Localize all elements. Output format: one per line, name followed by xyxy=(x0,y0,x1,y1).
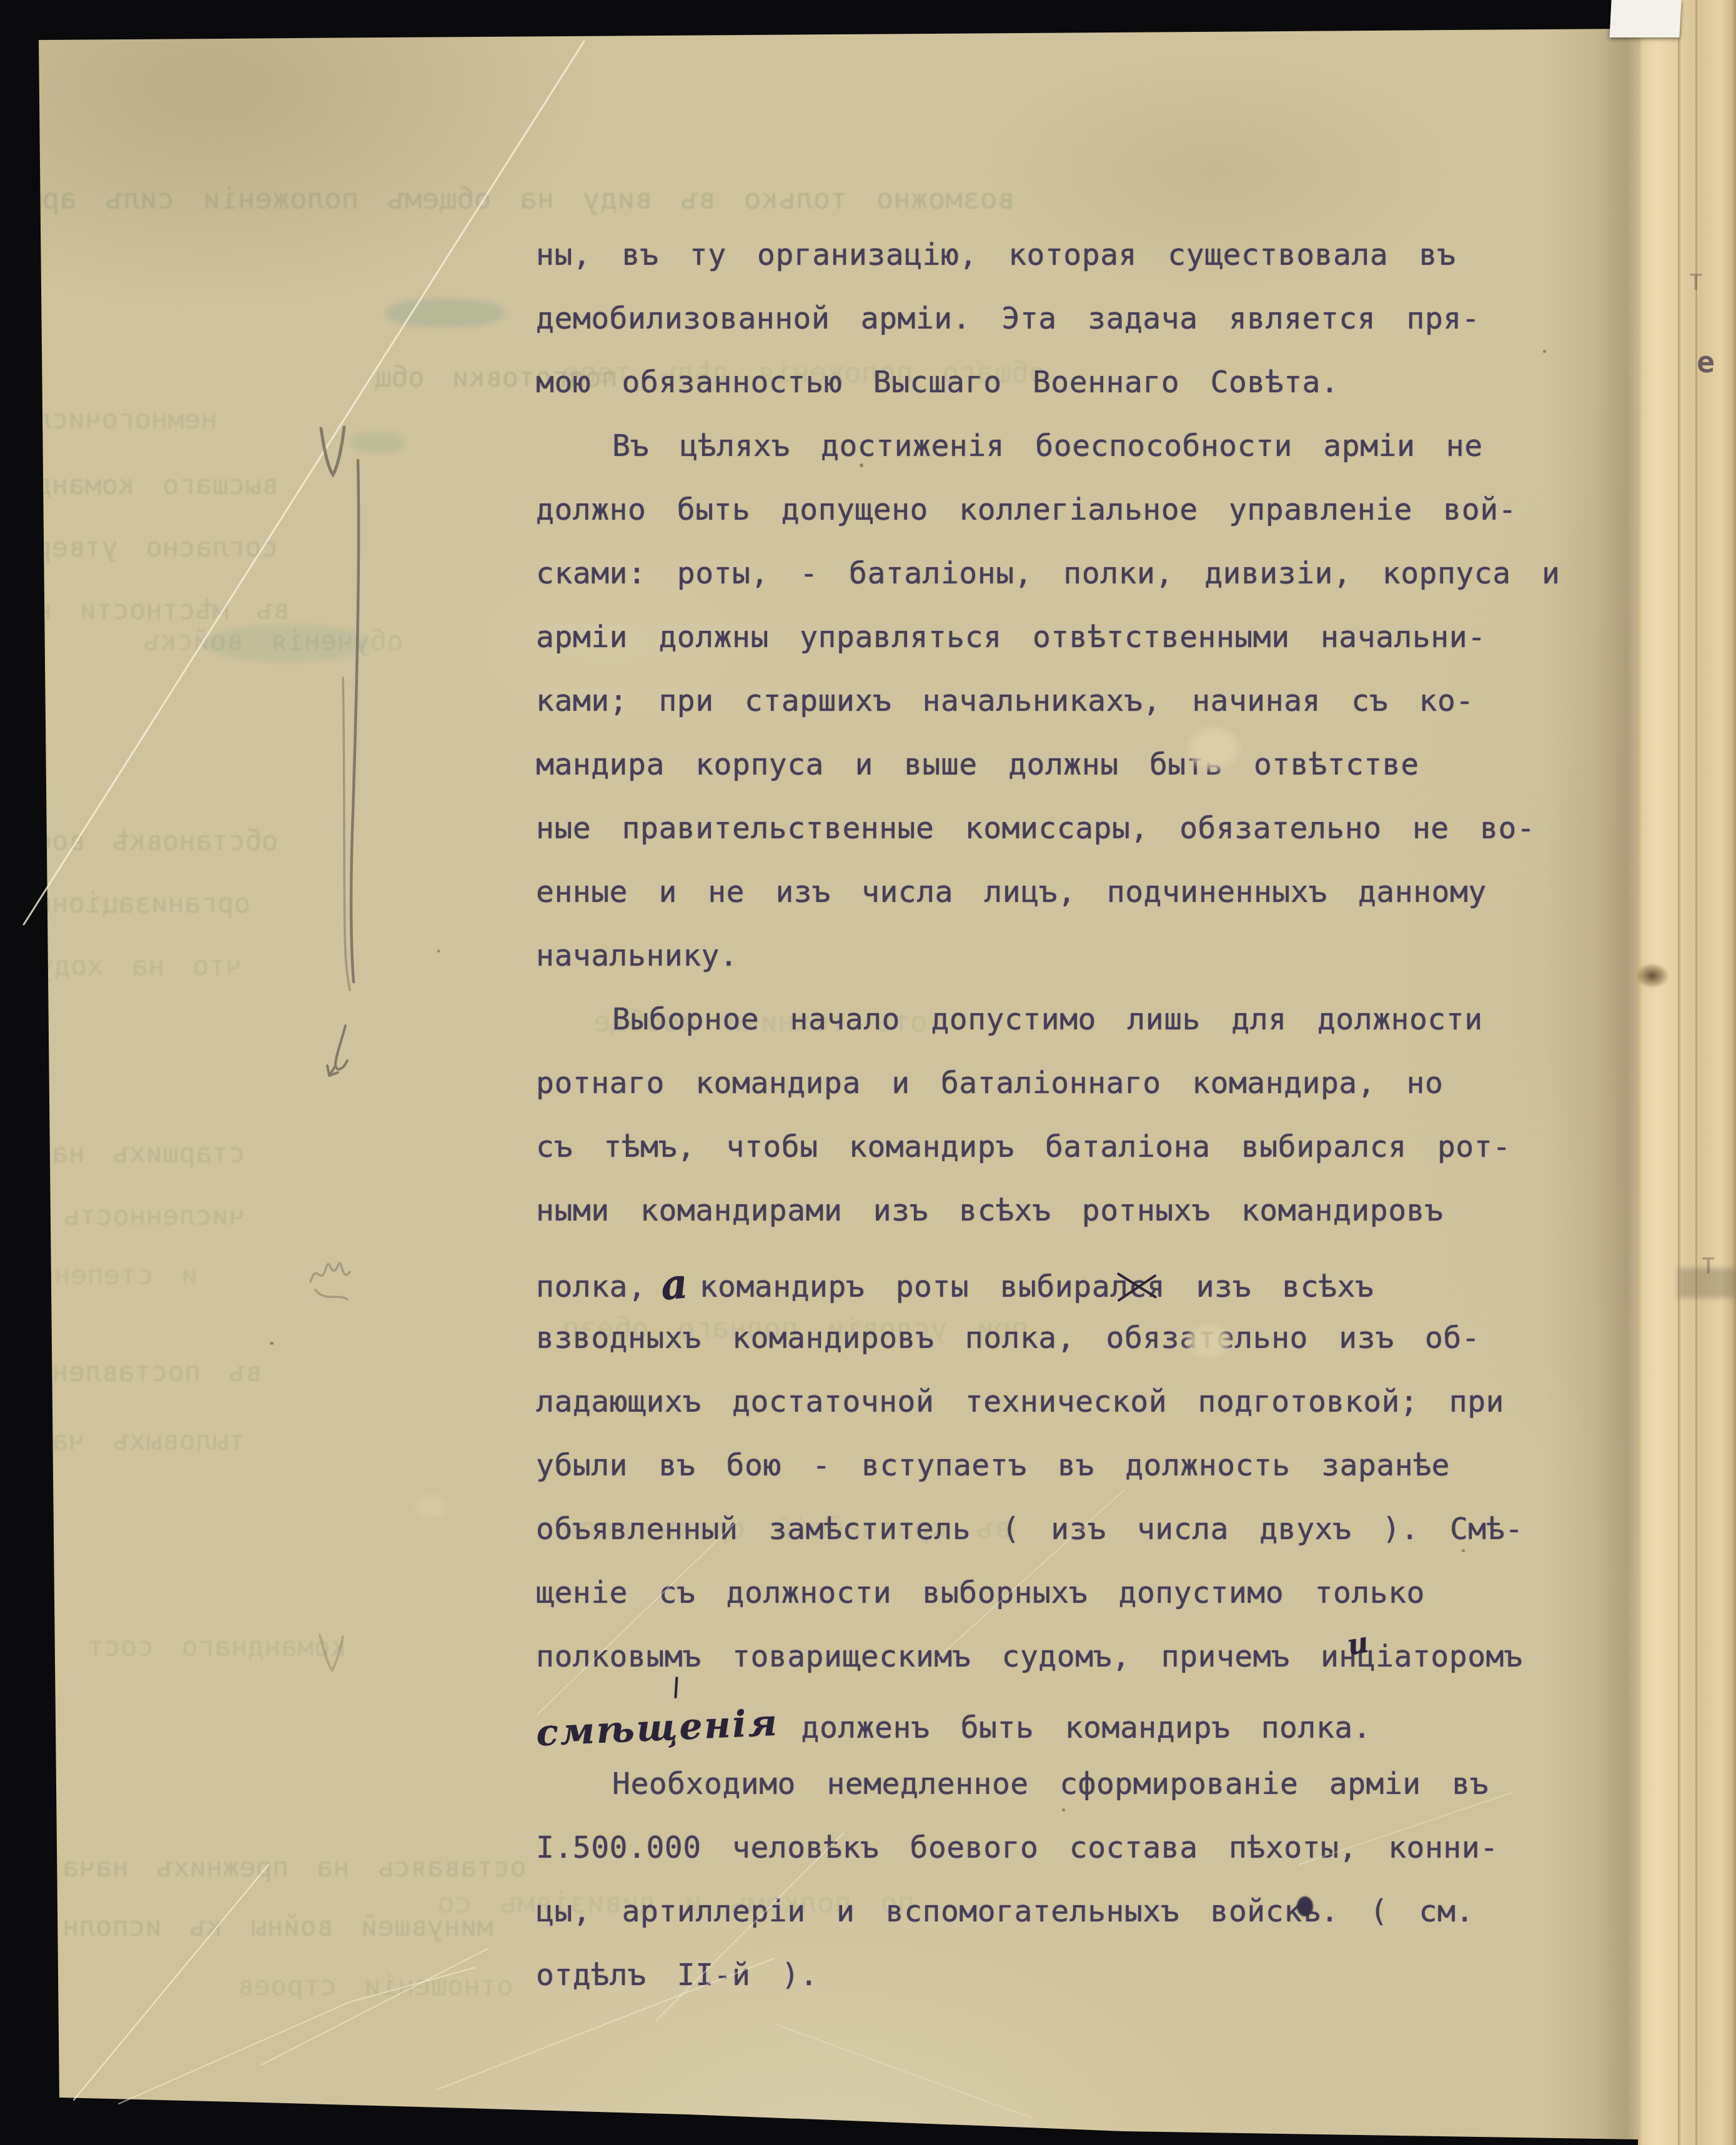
margin-arrow-tick xyxy=(335,1026,347,1069)
scanner-background: { "document": { "language": "Russian (pr… xyxy=(0,0,1736,2145)
pencil-annotations xyxy=(0,0,1736,2145)
margin-vertical-line xyxy=(343,678,350,990)
margin-vertical-line xyxy=(351,460,359,982)
margin-light-tick xyxy=(320,1635,343,1670)
margin-checkmark xyxy=(321,427,344,475)
paper-crease-lines xyxy=(24,41,1512,2118)
diagonal-crease xyxy=(24,41,584,924)
margin-scribble xyxy=(310,1263,350,1299)
